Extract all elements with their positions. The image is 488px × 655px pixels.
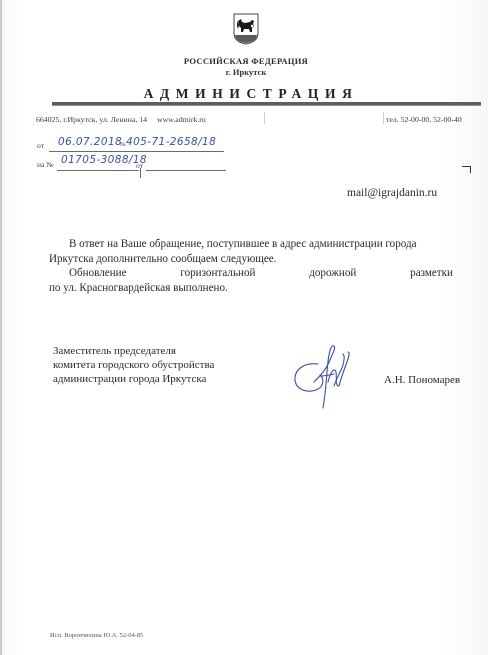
irkutsk-coat-of-arms-icon: [233, 13, 259, 45]
address-line: 664025, г.Иркутск, ул. Ленина, 14 www.ad…: [36, 115, 206, 124]
address-separator: [264, 112, 265, 124]
reply-to-underline: [57, 170, 139, 171]
outgoing-ref-row: от: [37, 141, 44, 150]
word: Обновление: [69, 266, 127, 281]
outgoing-ref-underline: [49, 151, 224, 152]
header-divider: [52, 102, 481, 106]
body-paragraph-2-line-1: Обновление горизонтальной дорожной разме…: [49, 266, 453, 281]
position-line: Заместитель председателя: [53, 344, 214, 358]
organization-name: АДМИНИСТРАЦИЯ: [2, 86, 488, 102]
word: дорожной: [309, 266, 356, 281]
website-link: www.admirk.ru: [157, 115, 206, 124]
letter-body: В ответ на Ваше обращение, поступившее в…: [49, 237, 453, 295]
letter-page: РОССИЙСКАЯ ФЕДЕРАЦИЯ г. Иркутск АДМИНИСТ…: [0, 0, 488, 655]
handwritten-date: 06.07.2018: [58, 136, 122, 148]
phone-numbers: тел. 52-00-00, 52-00-40: [386, 115, 462, 124]
address-block-corner-mark: [462, 166, 471, 173]
signatory-position: Заместитель председателя комитета городс…: [53, 344, 214, 387]
body-paragraph-1-line-1: В ответ на Ваше обращение, поступившее в…: [49, 237, 453, 252]
body-paragraph-1-line-2: Иркутска дополнительно сообщаем следующе…: [49, 252, 453, 267]
city-name: г. Иркутск: [2, 67, 488, 77]
position-line: комитета городского обустройства: [53, 358, 214, 372]
reply-to-label: на №: [37, 160, 54, 169]
executor-info: Исп. Ворончихина Ю.А. 52-04-85: [50, 632, 143, 639]
word: горизонтальной: [180, 266, 255, 281]
recipient-email: mail@igrajdanin.ru: [347, 187, 437, 199]
country-name: РОССИЙСКАЯ ФЕДЕРАЦИЯ: [2, 56, 488, 66]
reply-date-underline: [146, 170, 226, 171]
body-paragraph-2-line-2: по ул. Красногвардейская выполнено.: [49, 281, 453, 296]
from-label: от: [37, 141, 44, 150]
phone-separator: [383, 112, 384, 124]
number-label: №: [120, 142, 126, 148]
postal-address: 664025, г.Иркутск, ул. Ленина, 14: [36, 115, 147, 124]
handwritten-number: 405-71-2658/18: [126, 136, 216, 148]
word: разметки: [410, 266, 453, 281]
handwritten-stroke: [140, 168, 141, 178]
handwritten-signature-icon: [290, 342, 360, 414]
position-line: администрации города Иркутска: [53, 372, 214, 386]
signatory-name: А.Н. Пономарев: [384, 374, 460, 386]
handwritten-reply-number: 01705-3088/18: [61, 154, 147, 166]
